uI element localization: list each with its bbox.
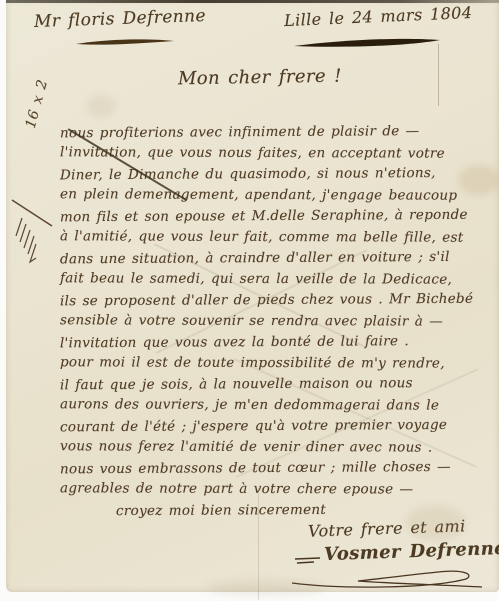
addressee-name: Mr floris Defrenne [34, 6, 207, 32]
body-line: nous profiterions avec infiniment de pla… [60, 121, 490, 145]
scan-top-edge [6, 0, 499, 3]
crease-right-of-date [438, 44, 439, 106]
body-line: ils se proposent d'aller de pieds chez v… [60, 289, 490, 313]
scanned-letter-page: { "letter": { "addressee": "Mr floris De… [0, 0, 499, 601]
body-line: fait beau le samedi, qui sera la veille … [60, 268, 490, 291]
body-line: courant de l'été ; j'espere qu'à votre p… [60, 415, 490, 439]
body-line: mon fils et son epouse et M.delle Seraph… [60, 205, 490, 229]
body-line: pour moi il est de toute impossibilité d… [60, 352, 490, 375]
addressee-underline-stroke [76, 37, 176, 47]
body-line: sensible à votre souvenir se rendra avec… [60, 310, 490, 333]
body-line: en plein demenagement, apendant, j'engag… [60, 184, 490, 207]
margin-archival-number: 16 x 2 [18, 58, 57, 149]
age-spot [406, 505, 466, 541]
body-line: dans une situation, à craindre d'aller e… [60, 247, 490, 271]
signature-name: Vosmer Defrenne [324, 538, 499, 565]
age-spot [86, 95, 116, 117]
body-line: l'invitation que vous avez la bonté de l… [60, 331, 490, 355]
dateline: Lille le 24 mars 1804 [284, 3, 473, 30]
body-line: agreables de notre part à votre chere ep… [60, 478, 490, 501]
body-line: vous nous ferez l'amitié de venir diner … [60, 436, 490, 459]
body-line: Diner, le Dimanche du quasimodo, si nous… [60, 163, 490, 187]
letter-body: nous profiterions avec infiniment de pla… [60, 122, 490, 521]
age-spot [458, 165, 499, 195]
salutation: Mon cher frere ! [178, 66, 342, 90]
dateline-underline-stroke [292, 37, 444, 49]
body-line: aurons des ouvriers, je m'en dedommagera… [60, 394, 490, 417]
letter-paper: Mr floris Defrenne Lille le 24 mars 1804… [6, 0, 499, 592]
age-spot [206, 580, 326, 596]
margin-paraph-mark [8, 188, 58, 273]
body-line: à l'amitié, que vous leur fait, comme ma… [60, 226, 490, 249]
